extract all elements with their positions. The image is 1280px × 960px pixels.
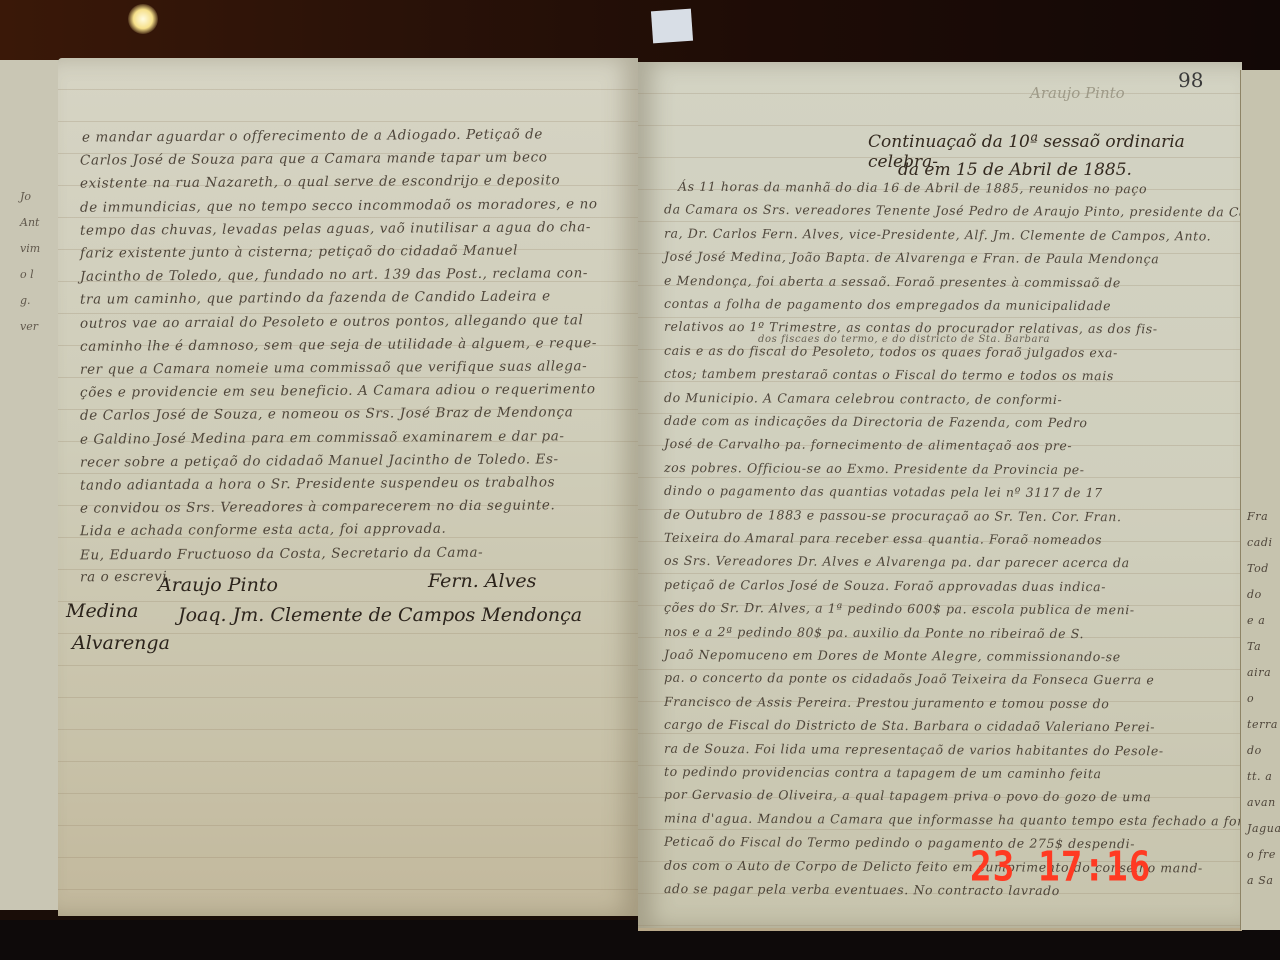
handwritten-line: e Galdino José Medina para em commissaõ … (80, 428, 565, 447)
handwritten-line: tando adiantada a hora o Sr. Presidente … (80, 474, 555, 493)
margin-fragment: o fre (1247, 848, 1276, 861)
handwritten-line: ções do Sr. Dr. Alves, a 1ª pedindo 600$… (664, 600, 1135, 617)
ledger-left-page: e mandar aguardar o offerecimento de a A… (58, 58, 638, 916)
margin-fragment: aira (1247, 666, 1271, 679)
margin-fragment: do (1247, 744, 1262, 757)
margin-fragment: do (1247, 588, 1262, 601)
handwritten-line: contas a folha de pagamento dos empregad… (664, 296, 1111, 313)
signature-fern-alves: Fern. Alves (428, 570, 536, 592)
handwritten-line: petiçaõ de Carlos José de Souza. Foraõ a… (664, 577, 1106, 594)
handwritten-line: de Carlos José de Souza, e nomeou os Srs… (80, 405, 573, 424)
margin-fragment: e a (1247, 614, 1265, 627)
handwritten-line: tempo das chuvas, levadas pelas aguas, v… (80, 219, 591, 239)
handwritten-line: Lida e achada conforme esta acta, foi ap… (80, 521, 446, 540)
margin-fragment: terra (1247, 718, 1278, 731)
handwritten-line: da Camara os Srs. vereadores Tenente Jos… (664, 202, 1273, 220)
handwritten-line: Jacintho de Toledo, que, fundado no art.… (80, 265, 588, 285)
camera-timestamp: 23 17:16 (970, 844, 1151, 891)
handwritten-line: nos e a 2ª pedindo 80$ pa. auxilio da Po… (664, 623, 1084, 640)
handwritten-line: José José Medina, João Bapta. de Alvaren… (664, 249, 1159, 267)
handwritten-line: relativos ao 1º Trimestre, as contas do … (664, 319, 1158, 337)
handwritten-line: Joaõ Nepomuceno em Dores de Monte Alegre… (664, 647, 1121, 664)
margin-fragment: Ta (1247, 640, 1261, 653)
handwritten-line: recer sobre a petiçaõ do cidadaõ Manuel … (80, 451, 559, 470)
pencil-note: Araujo Pinto (1030, 84, 1125, 102)
handwritten-line: tra um caminho, que partindo da fazenda … (80, 289, 551, 308)
handwritten-line: Ás 11 horas da manhã do dia 16 de Abril … (678, 179, 1147, 196)
handwritten-line: do Municipio. A Camara celebrou contract… (664, 390, 1062, 407)
handwritten-line: ções e providencie em seu beneficio. A C… (80, 381, 596, 401)
handwritten-line: e convidou os Srs. Vereadores à comparec… (80, 498, 555, 517)
handwritten-line: ctos; tambem prestaraõ contas o Fiscal d… (664, 366, 1114, 383)
margin-fragment: Tod (1247, 562, 1269, 575)
handwritten-line: pa. o concerto da ponte os cidadaõs Joaõ… (664, 670, 1155, 688)
signature-alvarenga: Alvarenga (72, 632, 170, 654)
margin-note: ver (20, 320, 60, 346)
session-heading-line-2: da em 15 de Abril de 1885. (898, 160, 1132, 180)
lamp-light (128, 4, 158, 34)
page-number: 98 (1178, 68, 1203, 92)
ledger-right-page: Araujo Pinto 98 Continuaçaõ da 10ª sessa… (638, 62, 1242, 931)
handwritten-line: os Srs. Vereadores Dr. Alves e Alvarenga… (664, 553, 1130, 570)
handwritten-line: caminho lhe é damnoso, sem que seja de u… (80, 335, 597, 355)
handwritten-line: de immundicias, que no tempo secco incom… (80, 196, 598, 216)
margin-note: o l (20, 268, 60, 294)
margin-note: vim (20, 242, 60, 268)
handwritten-line: rer que a Camara nomeie uma commissaõ qu… (80, 358, 587, 378)
margin-fragment: tt. a (1247, 770, 1272, 783)
signature-araujo-pinto: Araujo Pinto (158, 574, 278, 596)
handwritten-line: existente na rua Nazareth, o qual serve … (80, 173, 560, 192)
handwritten-line: mina d'agua. Mandou a Camara que informa… (664, 810, 1264, 828)
margin-note: Ant (20, 216, 60, 242)
handwritten-line: por Gervasio de Oliveira, a qual tapagem… (664, 787, 1152, 805)
margin-fragment: o (1247, 692, 1254, 705)
handwritten-line: dindo o pagamento das quantias votadas p… (664, 483, 1103, 500)
handwritten-line: e mandar aguardar o offerecimento de a A… (82, 126, 543, 145)
handwritten-line: e Mendonça, foi aberta a sessaõ. Foraõ p… (664, 272, 1121, 289)
handwritten-line: Eu, Eduardo Fructuoso da Costa, Secretar… (80, 544, 483, 563)
margin-note: Jo (20, 190, 60, 216)
margin-fragment: Jagua (1247, 822, 1280, 835)
handwritten-line: de Outubro de 1883 e passou-se procuraça… (664, 506, 1122, 523)
handwritten-line: Carlos José de Souza para que a Camara m… (80, 150, 548, 169)
handwritten-line: dade com as indicações da Directoria de … (664, 413, 1088, 430)
margin-fragment: Fra (1247, 510, 1268, 523)
underlying-page-right: FracadiToddoe aTaairaoterradott. aavanJa… (1240, 70, 1280, 930)
handwritten-line: to pedindo providencias contra a tapagem… (664, 764, 1102, 781)
signature-campos-mendonca: Joaq. Jm. Clemente de Campos Mendonça (178, 604, 582, 626)
handwritten-line: zos pobres. Officiou-se ao Exmo. Preside… (664, 460, 1085, 477)
margin-fragment: avan (1247, 796, 1276, 809)
handwritten-line: fariz existente junto à cisterna; petiça… (80, 242, 518, 261)
handwritten-line: ra, Dr. Carlos Fern. Alves, vice-Preside… (664, 225, 1211, 243)
handwritten-line: Francisco de Assis Pereira. Prestou jura… (664, 694, 1109, 711)
handwritten-line: ra de Souza. Foi lida uma representaçaõ … (664, 740, 1164, 758)
handwritten-line: cargo de Fiscal do Districto de Sta. Bar… (664, 717, 1155, 735)
signature-medina: Medina (66, 600, 139, 622)
margin-fragment: cadi (1247, 536, 1273, 549)
handwritten-line: outros vae ao arraial do Pesoleto e outr… (80, 312, 583, 332)
paper-scrap (651, 9, 693, 44)
left-margin-notes: Jo Ant vim o l g. ver (20, 190, 60, 346)
margin-fragment: a Sa (1247, 874, 1274, 887)
margin-note: g. (20, 294, 60, 320)
handwritten-line: Teixeira do Amaral para receber essa qua… (664, 530, 1102, 547)
handwritten-line: cais e as do fiscal do Pesoleto, todos o… (664, 343, 1118, 360)
handwritten-line: José de Carvalho pa. fornecimento de ali… (664, 436, 1072, 453)
